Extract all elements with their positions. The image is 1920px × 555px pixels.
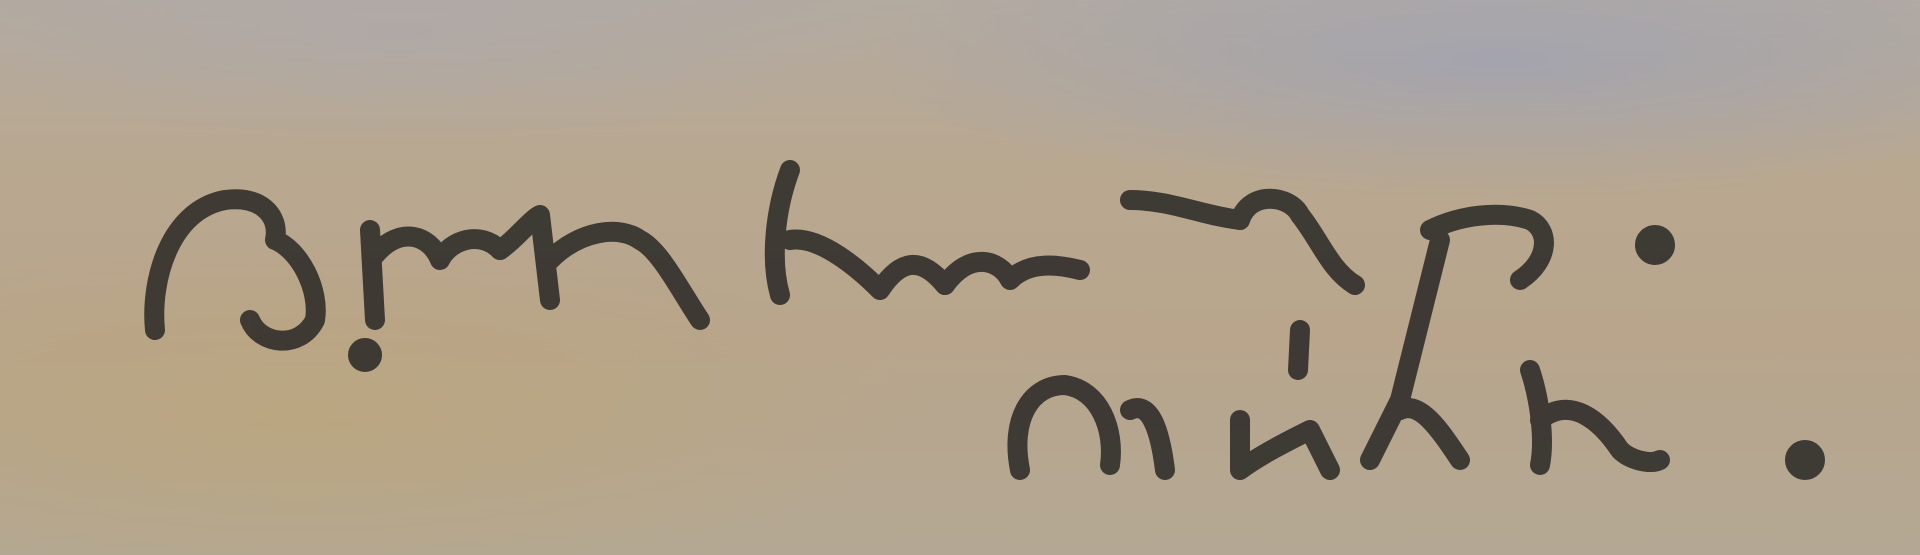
handwritten-signature xyxy=(0,0,1920,555)
paper-background: Armhairoof mühr. xyxy=(0,0,1920,555)
